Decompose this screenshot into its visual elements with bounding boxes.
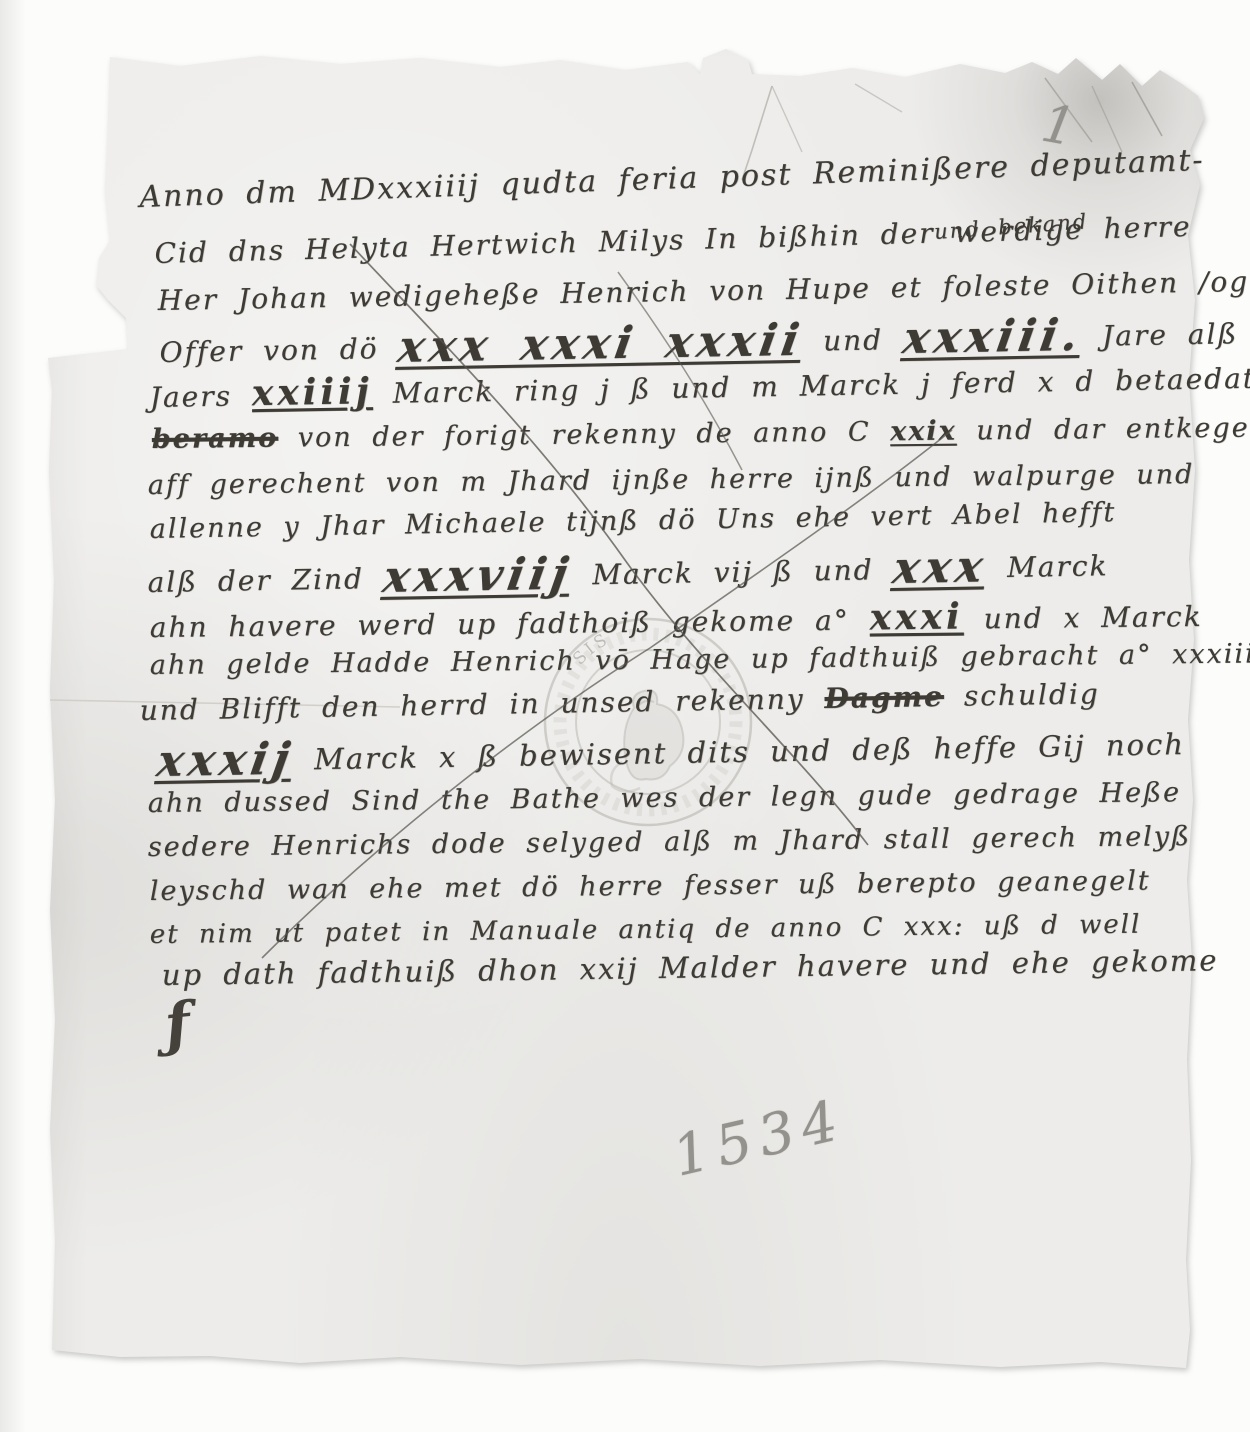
line-text: Offer von dö [159,332,398,369]
line-text: Marck x ß bewisent dits und deß heffe Gi… [294,727,1186,777]
roman-numerals: xxiiij [251,370,373,414]
roman-numerals: xxx [889,541,991,594]
roman-numerals: xxix [890,416,957,448]
line-text: Jaers [149,379,252,414]
struck-word: Dagme [824,680,944,715]
line-text: und x Marck [964,600,1203,635]
roman-numerals: xxxiii. [899,310,1086,364]
line-text: ahn havere werd up fadthoiß gekome a° [150,603,870,644]
line-text: und [803,323,903,358]
line-text: und dar entkege [957,413,1250,447]
struck-word: beramo [152,423,279,455]
line-text: alß der Zind [147,562,384,599]
line-text: Marck vij ß und [572,553,894,592]
line-text: Jare alß deß [1082,316,1250,353]
roman-numerals: xxxi [869,595,964,638]
roman-numerals: xxxij [154,734,298,788]
line-text: von der forigt rekenny de anno C [278,416,890,453]
line-text: schuldig [944,677,1100,713]
roman-numerals: xxxviij [380,549,577,603]
line-text: Marck [987,549,1109,584]
